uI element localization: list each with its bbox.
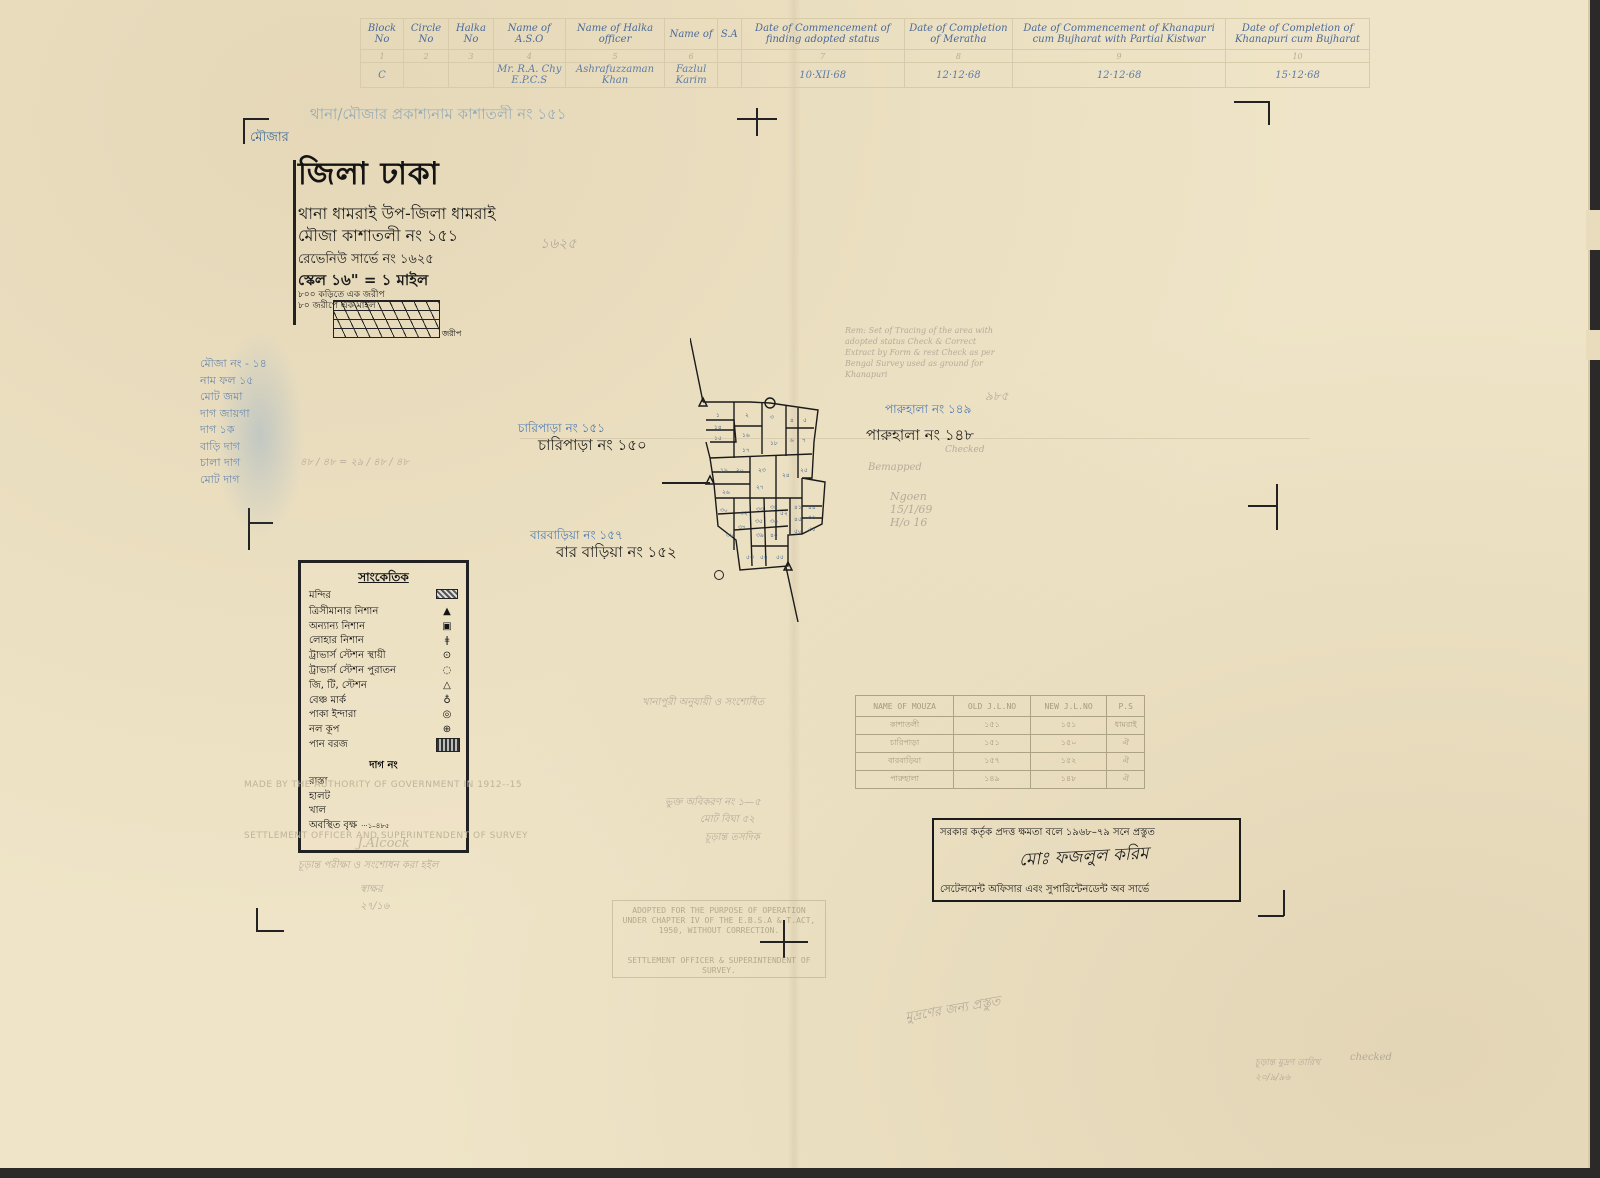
- legend-item: নল কূপ⊕: [301, 723, 466, 738]
- legend-item: লোহার নিশানǂ: [301, 634, 466, 649]
- crop-mark: [256, 908, 258, 931]
- legend-item: জি, টি, স্টেশন△: [301, 679, 466, 694]
- stamp-line: SURVEY.: [613, 966, 825, 976]
- legend-item: অন্যান্য নিশান▣: [301, 620, 466, 635]
- ledger-col-num: 6: [665, 50, 717, 63]
- ledger-header: Circle No: [404, 19, 449, 50]
- plot-numbers: ১ ২ ৩ ৪ ৫ ৬ ৭ ১৪ ১৫ ১৬ ১৭ ১৮ ১৯ ২০ ২৩ ২৪…: [690, 330, 840, 630]
- settlement-officer-print: SETTLEMENT OFFICER AND SUPERINTENDENT OF…: [244, 831, 528, 841]
- crop-mark: [1268, 101, 1270, 125]
- tube-well-icon: ⊕: [436, 723, 458, 738]
- ledger-col-num: [717, 50, 741, 63]
- title-block: জিলা ঢাকা থানা ধামরাই উপ-জিলা ধামরাই মৌজ…: [298, 150, 496, 312]
- crop-mark: [256, 930, 284, 932]
- pencil-note: চূড়ান্ত পরীক্ষা ও সংশোধন করা হইল: [298, 858, 438, 875]
- scale-line: স্কেল ১৬" = ১ মাইল: [298, 270, 496, 290]
- crop-mark: [756, 108, 758, 136]
- checked-note: Checked: [945, 445, 985, 455]
- officer-signature: মোঃ ফজলুল করিম: [1018, 841, 1149, 876]
- blue-crayon-smear: [215, 330, 305, 540]
- crop-mark: [1248, 505, 1278, 507]
- legend-item: ত্রিসীমানার নিশান▲: [301, 605, 466, 620]
- crop-mark: [1283, 890, 1285, 916]
- ledger-col-num: 8: [904, 50, 1012, 63]
- checked-note: Bemapped: [868, 462, 922, 473]
- ledger-header: Name of Halka officer: [565, 19, 665, 50]
- overprint-mouza-name: থানা/মৌজার প্রকাশ্যনাম কাশাতলী নং ১৫১: [310, 103, 567, 128]
- boundary-tick-line: [662, 482, 710, 484]
- jl-header: P.S: [1107, 696, 1145, 717]
- gt-station-icon: △: [436, 679, 458, 694]
- scale-bar-unit: জরীপ: [442, 328, 461, 341]
- legend-item: পাকা ইন্দারা◎: [301, 708, 466, 723]
- ledger-value: [717, 63, 741, 88]
- torn-edge: [1586, 330, 1600, 360]
- jl-row: পারুহালা১৪৯১৪৮ঐ: [856, 771, 1145, 789]
- mouza-line: মৌজা কাশাতলী নং ১৫১: [298, 226, 496, 246]
- ledger-value: 12·12·68: [1013, 63, 1226, 88]
- other-marker-icon: ▣: [436, 620, 458, 635]
- stamp-line: SETTLEMENT OFFICER & SUPERINTENDENT OF: [613, 956, 825, 966]
- ledger-value: 10·XII·68: [741, 63, 904, 88]
- map-sheet: Block No Circle No Halka No Name of A.S.…: [0, 0, 1590, 1168]
- crop-mark: [243, 118, 269, 120]
- legend-item: মন্দির: [301, 589, 466, 605]
- trijunction-marker-icon: ▲: [436, 605, 458, 620]
- traverse-station-old-icon: ◌: [436, 664, 458, 679]
- ledger-value: [404, 63, 449, 88]
- ledger-value: Mr. R.A. Chy E.P.C.S: [493, 63, 565, 88]
- legend-item: পান বরজ: [301, 738, 466, 758]
- pencil-note: মোট বিঘা ৫২: [700, 812, 755, 829]
- ledger-value: Fazlul Karim: [665, 63, 717, 88]
- jl-header: OLD J.L.NO: [954, 696, 1031, 717]
- ledger-value: [449, 63, 494, 88]
- ledger-col-num: 4: [493, 50, 565, 63]
- pencil-note: স্বাক্ষর ২৭/১৬: [360, 882, 410, 916]
- right-pencil-note: Rem: Set of Tracing of the area with ado…: [845, 325, 1005, 380]
- jl-row: চারিপাড়া১৫১১৫০ঐ: [856, 735, 1145, 753]
- crop-mark: [1258, 915, 1284, 917]
- mouza-plot-map: ১ ২ ৩ ৪ ৫ ৬ ৭ ১৪ ১৫ ১৬ ১৭ ১৮ ১৯ ২০ ২৩ ২৪…: [690, 330, 840, 634]
- pencil-note: checked: [1350, 1052, 1392, 1063]
- pencil-note: চূড়ান্ত মুদ্রণ তারিখ ২০/৯/৯৬: [1255, 1055, 1325, 1085]
- ledger-header: Date of Commencement of Khanapuri cum Bu…: [1013, 19, 1226, 50]
- ledger-header: Date of Completion of Meratha: [904, 19, 1012, 50]
- traverse-station-permanent-icon: ⊙: [436, 649, 458, 664]
- ledger-header: S.A: [717, 19, 741, 50]
- legend-item: বেঞ্চ মার্ক♁: [301, 694, 466, 709]
- ledger-col-num: 9: [1013, 50, 1226, 63]
- ledger-header: Date of Commencement of finding adopted …: [741, 19, 904, 50]
- certificate-box: সরকার কর্তৃক প্রদত্ত ক্ষমতা বলে ১৯৬৮–৭৯ …: [932, 818, 1241, 902]
- margin-fraction: ৪৮ / ৪৮ = ২৯ / ৪৮ / ৪৮: [300, 455, 409, 472]
- jl-number-table: NAME OF MOUZA OLD J.L.NO NEW J.L.NO P.S …: [855, 695, 1145, 789]
- circle-note: ৯৮৫: [985, 388, 1008, 408]
- ledger-col-num: 1: [361, 50, 404, 63]
- made-by-print: MADE BY THE AUTHORITY OF GOVERNMENT IN 1…: [244, 780, 522, 790]
- jl-row: কাশাতলী১৫১১৫১ধামরাই: [856, 717, 1145, 735]
- crop-mark: [1276, 484, 1278, 530]
- bench-mark-icon: ♁: [436, 694, 458, 709]
- ledger-header: Name of: [665, 19, 717, 50]
- village-label: বার বাড়িয়া নং ১৫২: [556, 541, 677, 566]
- diagonal-scale-bar: [333, 300, 440, 338]
- ledger-col-num: 5: [565, 50, 665, 63]
- betel-garden-symbol-icon: [436, 738, 460, 752]
- legend-item: হালট: [301, 790, 466, 805]
- pencil-note: চূড়ান্ত তসদিক: [705, 830, 760, 847]
- traverse-station-icon: [714, 570, 724, 580]
- ledger-header: Name of A.S.O: [493, 19, 565, 50]
- stamp-line: ADOPTED FOR THE PURPOSE OF OPERATION: [613, 906, 825, 916]
- crop-mark: [1234, 101, 1269, 103]
- village-label: চারিপাড়া নং ১৫০: [538, 434, 647, 459]
- crop-mark: [243, 118, 245, 144]
- ledger-header: Date of Completion of Khanapuri cum Bujh…: [1226, 19, 1370, 50]
- ledger-col-num: 3: [449, 50, 494, 63]
- ledger-col-num: 10: [1226, 50, 1370, 63]
- legend-subheader: দাগ নং: [301, 758, 466, 775]
- pencil-note: মুদ্রণের জন্য প্রস্তুত: [904, 992, 1003, 1029]
- ledger-value: Ashrafuzzaman Khan: [565, 63, 665, 88]
- ledger-header: Block No: [361, 19, 404, 50]
- ledger-header: Halka No: [449, 19, 494, 50]
- stamp-line: 1950, WITHOUT CORRECTION.: [613, 926, 825, 936]
- district-title: জিলা ঢাকা: [298, 150, 496, 202]
- revenue-note: ১৬২৫: [540, 232, 576, 256]
- pencil-note: ভুক্ত অবিকরণ নং ১—৫: [665, 795, 761, 812]
- temple-symbol-icon: [436, 589, 458, 599]
- thana-line: থানা ধামরাই উপ-জিলা ধামরাই: [298, 204, 496, 224]
- ledger-col-num: 7: [741, 50, 904, 63]
- ledger-value: 12·12·68: [904, 63, 1012, 88]
- ledger-col-num: 2: [404, 50, 449, 63]
- legend-item: খাল: [301, 804, 466, 819]
- village-label-old: পারুহালা নং ১৪৯: [885, 401, 971, 421]
- torn-edge: [1586, 210, 1600, 250]
- survey-progress-ledger: Block No Circle No Halka No Name of A.S.…: [360, 18, 1370, 88]
- stamp-line: UNDER CHAPTER IV OF THE E.B.S.A & T.ACT,: [613, 916, 825, 926]
- checked-note: Ngoen 15/1/69 H/o 16: [890, 490, 950, 529]
- jl-header: NAME OF MOUZA: [856, 696, 954, 717]
- ledger-value: 15·12·68: [1226, 63, 1370, 88]
- legend-title: সাংকেতিক: [301, 569, 466, 589]
- ledger-value: C: [361, 63, 404, 88]
- certificate-officer-title: সেটেলমেন্ট অফিসার এবং সুপারিন্টেনডেন্ট অ…: [940, 882, 1149, 899]
- jl-row: বারবাড়িয়া১৫৭১৫২ঐ: [856, 753, 1145, 771]
- jl-header: NEW J.L.NO: [1030, 696, 1107, 717]
- iron-marker-icon: ǂ: [436, 634, 458, 649]
- mouzar-prefix: মৌজার: [250, 128, 289, 149]
- legend-box: সাংকেতিক মন্দির ত্রিসীমানার নিশান▲ অন্যা…: [298, 560, 469, 853]
- revenue-survey-line: রেভেনিউ সার্ভে নং ১৬২৫: [298, 250, 496, 270]
- pencil-note: খানাপুরী অনুযায়ী ও সংশোধিত: [642, 695, 764, 712]
- certificate-authority-line: সরকার কর্তৃক প্রদত্ত ক্ষমতা বলে ১৯৬৮–৭৯ …: [940, 825, 1155, 842]
- adoption-stamp: ADOPTED FOR THE PURPOSE OF OPERATION UND…: [612, 900, 826, 978]
- masonry-well-icon: ◎: [436, 708, 458, 723]
- legend-item: ট্রাভার্স স্টেশন পুরাতন◌: [301, 664, 466, 679]
- legend-item: ট্রাভার্স স্টেশন স্থায়ী⊙: [301, 649, 466, 664]
